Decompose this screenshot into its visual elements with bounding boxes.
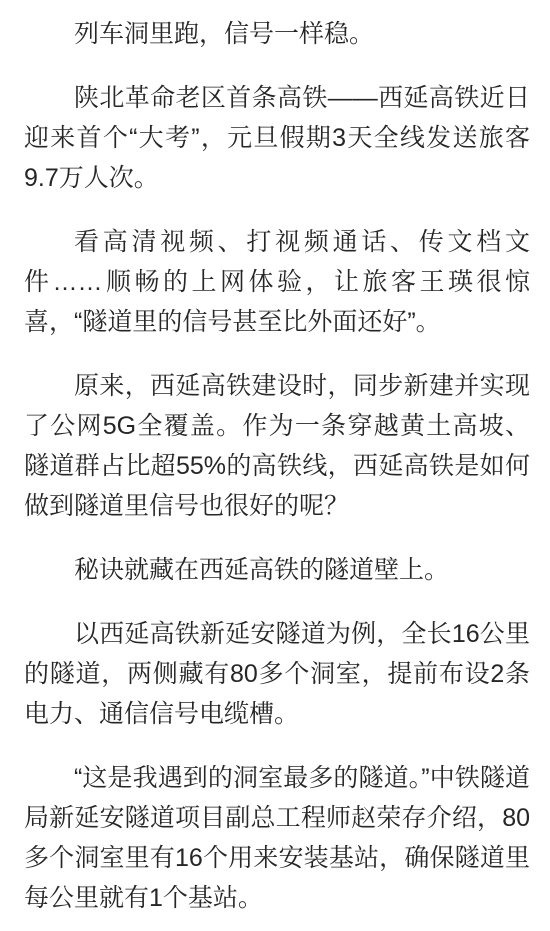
- paragraph: 秘诀就藏在西延高铁的隧道壁上。: [24, 550, 530, 590]
- paragraph: “这是我遇到的洞室最多的隧道。”中铁隧道局新延安隧道项目副总工程师赵荣存介绍，8…: [24, 758, 530, 918]
- paragraph: 列车洞里跑，信号一样稳。: [24, 14, 530, 54]
- paragraph: 看高清视频、打视频通话、传文档文件……顺畅的上网体验，让旅客王瑛很惊喜，“隧道里…: [24, 222, 530, 342]
- paragraph: 陕北革命老区首条高铁——西延高铁近日迎来首个“大考”，元旦假期3天全线发送旅客9…: [24, 78, 530, 198]
- paragraph: 原来，西延高铁建设时，同步新建并实现了公网5G全覆盖。作为一条穿越黄土高坡、隧道…: [24, 366, 530, 526]
- article-body: 列车洞里跑，信号一样稳。 陕北革命老区首条高铁——西延高铁近日迎来首个“大考”，…: [0, 0, 550, 931]
- paragraph: 以西延高铁新延安隧道为例，全长16公里的隧道，两侧藏有80多个洞室，提前布设2条…: [24, 614, 530, 734]
